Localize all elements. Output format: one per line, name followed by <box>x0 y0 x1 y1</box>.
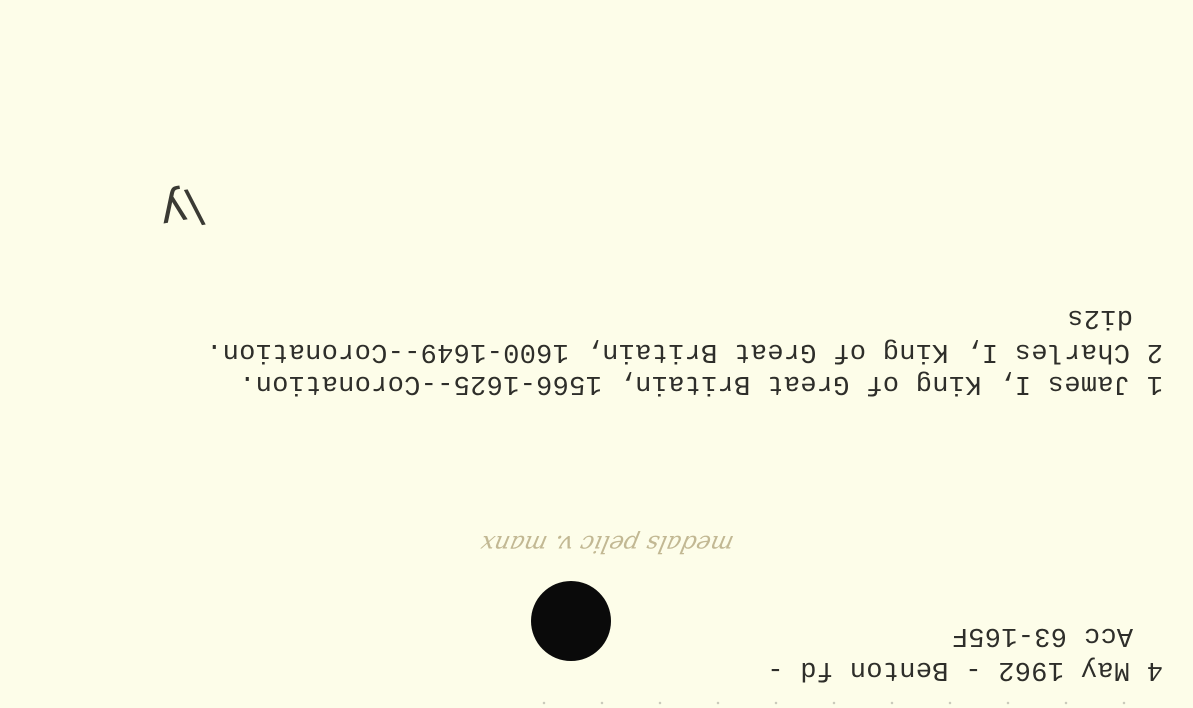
handwritten-note: medals pelic v. manx <box>478 530 736 558</box>
punch-hole <box>531 581 611 661</box>
subject-heading-2: 2 Charles I, King of Great Britain, 1600… <box>206 336 1163 366</box>
subject-heading-1: 1 James I, King of Great Britain, 1566-1… <box>239 368 1163 398</box>
catalog-card: 4 May 1962 - Benton fd - Acc 63-165F med… <box>0 0 1193 708</box>
accession-number: Acc 63-165F <box>951 620 1133 650</box>
pencil-check-mark: \y <box>156 181 207 242</box>
paper-speckles <box>513 700 1153 706</box>
call-code: di2s <box>1067 302 1133 332</box>
accession-date-line: 4 May 1962 - Benton fd - <box>767 654 1163 684</box>
